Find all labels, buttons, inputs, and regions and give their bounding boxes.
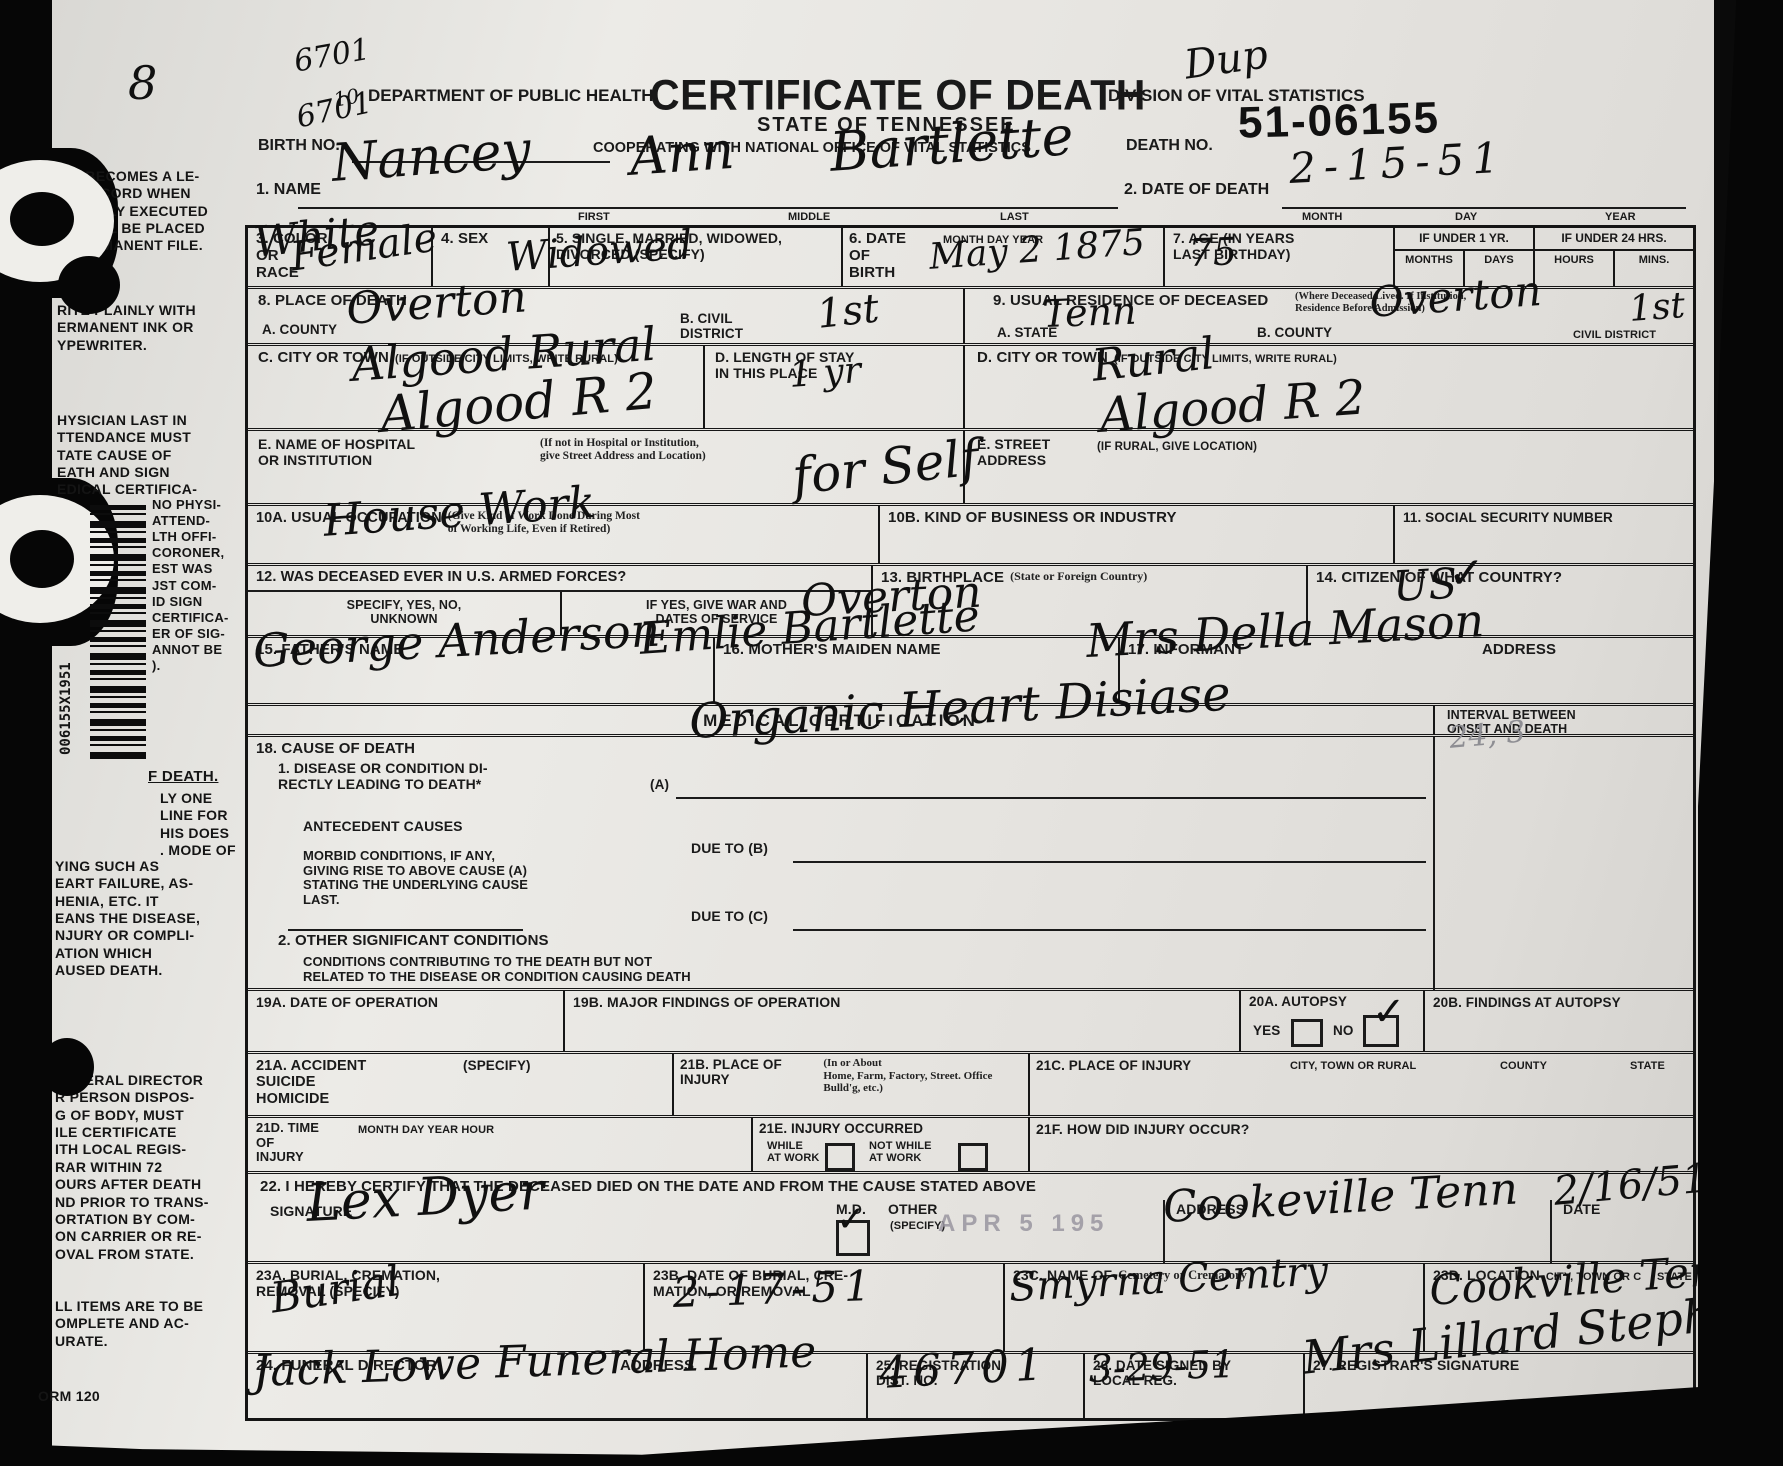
date-divider: [1550, 1200, 1552, 1264]
under-1yr-label: IF UNDER 1 YR.: [1395, 228, 1533, 245]
sex-label: 4. SEX: [441, 231, 488, 248]
name-last-sublabel: LAST: [1000, 211, 1029, 223]
dob-label: 6. DATE OF BIRTH: [849, 231, 906, 282]
row-injury-time: 21D. TIME OF INJURY MONTH DAY YEAR HOUR …: [248, 1115, 1693, 1171]
while-at-work-label: WHILE AT WORK: [767, 1140, 819, 1165]
name-first-sublabel: FIRST: [578, 211, 610, 223]
field-injury-occurred: 21E. INJURY OCCURRED WHILE AT WORK NOT W…: [751, 1118, 1028, 1171]
autopsy-no-label: NO: [1333, 1023, 1353, 1038]
other-conditions-label: 2. OTHER SIGNIFICANT CONDITIONS: [278, 933, 549, 950]
antecedent-label: ANTECEDENT CAUSES: [303, 819, 463, 835]
informant-address-label: ADDRESS: [1482, 642, 1556, 659]
due-to-c-line: [793, 929, 1426, 931]
barcode-icon: [90, 505, 146, 760]
time-of-injury-sublabels: MONTH DAY YEAR HOUR: [358, 1124, 494, 1136]
hole-punch-icon: [40, 1038, 94, 1096]
how-injury-occurred-label: 21F. HOW DID INJURY OCCUR?: [1036, 1122, 1249, 1138]
other-label: OTHER: [888, 1202, 938, 1218]
date-of-operation-label: 19A. DATE OF OPERATION: [256, 995, 438, 1011]
armed-forces-label: 12. WAS DECEASED EVER IN U.S. ARMED FORC…: [256, 569, 626, 585]
field-place-of-injury-c: 21C. PLACE OF INJURY CITY, TOWN OR RURAL…: [1028, 1054, 1693, 1115]
entry-name-first: Nancey: [330, 124, 532, 190]
not-while-at-work-label: NOT WHILE AT WORK: [869, 1140, 932, 1165]
film-sprocket-hole-icon: [10, 530, 74, 588]
date-received-stamp: APR 5 195: [938, 1210, 1109, 1238]
margin-note-physician-2: NO PHYSI- ATTEND- LTH OFFI- CORONER, EST…: [152, 497, 247, 674]
due-to-b-line: [793, 861, 1426, 863]
field-accident-suicide: 21A. ACCIDENT SUICIDE HOMICIDE (SPECIFY): [248, 1054, 672, 1115]
field-ssn: 11. SOCIAL SECURITY NUMBER: [1393, 506, 1693, 563]
date-of-death-label: 2. DATE OF DEATH: [1124, 181, 1269, 199]
entry-md-mark: ✓: [836, 1202, 866, 1238]
interval-column-divider: [1433, 737, 1435, 991]
entry-physician-signature: Lex Dyer: [305, 1166, 545, 1230]
entry-interval: 24, 3: [1448, 717, 1527, 754]
hole-punch-icon: [58, 256, 120, 314]
place-of-injury-c-label: 21C. PLACE OF INJURY: [1036, 1058, 1191, 1073]
street-address-label: E. STREET ADDRESS: [977, 437, 1050, 469]
margin-note-funeral-director: FUNERAL DIRECTOR R PERSON DISPOS- G OF B…: [55, 1072, 250, 1263]
city-town-rural-label: CITY, TOWN OR RURAL: [1290, 1060, 1416, 1072]
entry-date-signed: 3-29-51: [1088, 1345, 1236, 1388]
cause-a-line: [676, 797, 1426, 799]
entry-county-of-death: Overton: [345, 275, 528, 331]
business-label: 10B. KIND OF BUSINESS OR INDUSTRY: [888, 510, 1177, 527]
entry-registration-no: 46701: [878, 1343, 1050, 1396]
name-line: [298, 207, 1118, 209]
margin-note-physician: HYSICIAN LAST IN TTENDANCE MUST TATE CAU…: [57, 412, 247, 499]
autopsy-label: 20A. AUTOPSY: [1249, 994, 1347, 1009]
not-while-at-work-checkbox: [958, 1143, 988, 1171]
autopsy-yes-checkbox: [1291, 1019, 1323, 1047]
major-findings-label: 19B. MAJOR FINDINGS OF OPERATION: [573, 995, 840, 1011]
other-conditions-note: CONDITIONS CONTRIBUTING TO THE DEATH BUT…: [303, 955, 691, 984]
date-of-death-line: [1282, 207, 1686, 209]
entry-residence-district: 1st: [1628, 288, 1686, 328]
field-place-of-injury-b: 21B. PLACE OF INJURY (In or About Home, …: [672, 1054, 1028, 1115]
autopsy-yes-label: YES: [1253, 1023, 1280, 1038]
handwritten-dup-note: Dup: [1182, 34, 1270, 85]
name-middle-sublabel: MIDDLE: [788, 211, 830, 223]
margin-note-death-title: F DEATH.: [148, 768, 218, 787]
residence-district-label: CIVIL DISTRICT: [1573, 329, 1656, 341]
under-24hrs-label: IF UNDER 24 HRS.: [1535, 228, 1693, 245]
dod-day-sublabel: DAY: [1455, 211, 1477, 223]
accident-specify-label: (SPECIFY): [463, 1058, 531, 1073]
hours-label: HOURS: [1535, 251, 1613, 286]
film-sprocket-hole-icon: [10, 192, 74, 246]
entry-length-of-stay: 1 yr: [788, 353, 862, 394]
street-address-note: (IF RURAL, GIVE LOCATION): [1097, 441, 1257, 454]
place-of-injury-b-label: 21B. PLACE OF INJURY: [680, 1057, 817, 1088]
form-number: ORM 120: [38, 1388, 100, 1405]
field-how-injury-occurred: 21F. HOW DID INJURY OCCUR?: [1028, 1118, 1693, 1171]
hospital-note: (If not in Hospital or Institution, give…: [540, 437, 706, 463]
due-to-b-label: DUE TO (B): [691, 841, 768, 857]
time-of-injury-label: 21D. TIME OF INJURY: [256, 1121, 319, 1165]
field-if-under-24hrs: IF UNDER 24 HRS. HOURS MINS.: [1533, 228, 1693, 286]
other-specify-label: (SPECIFY): [890, 1220, 945, 1232]
field-street-address: E. STREET ADDRESS (IF RURAL, GIVE LOCATI…: [963, 431, 1693, 503]
birthplace-note: (State or Foreign Country): [1010, 570, 1147, 584]
entry-civil-district-death: 1st: [815, 289, 881, 335]
row-cause-of-death: 18. CAUSE OF DEATH 1. DISEASE OR CONDITI…: [248, 734, 1693, 988]
scanned-death-certificate: HIS BECOMES A LE- AL RECORD WHEN ROPERLY…: [0, 0, 1783, 1466]
entry-name-middle: Ann: [628, 125, 736, 184]
civil-district-label: B. CIVIL DISTRICT: [680, 311, 743, 342]
margin-note-death: LY ONE LINE FOR HIS DOES . MODE OF: [160, 790, 250, 859]
due-to-c-label: DUE TO (C): [691, 909, 768, 925]
entry-name-last: Bartlette: [828, 109, 1075, 180]
row-accident: 21A. ACCIDENT SUICIDE HOMICIDE (SPECIFY)…: [248, 1051, 1693, 1115]
while-at-work-checkbox: [825, 1143, 855, 1171]
place-of-injury-b-note: (In or About Home, Farm, Factory, Street…: [823, 1057, 1028, 1095]
death-no-label: DEATH NO.: [1126, 137, 1213, 155]
field-date-of-operation: 19A. DATE OF OPERATION: [248, 991, 563, 1051]
handwritten-film-digit: 8: [128, 60, 157, 106]
county-label: A. COUNTY: [262, 322, 337, 337]
entry-burial-date: 2-17-51: [672, 1265, 877, 1314]
entry-autopsy-no-mark: ✓: [1372, 992, 1406, 1032]
field-major-findings: 19B. MAJOR FINDINGS OF OPERATION: [563, 991, 1239, 1051]
state-col-label: STATE: [1630, 1060, 1665, 1072]
entry-residence-state: Tenn: [1042, 292, 1137, 333]
field-business: 10B. KIND OF BUSINESS OR INDUSTRY: [878, 506, 1393, 563]
due-to-c-stub-line: [288, 929, 523, 931]
margin-note-all-items: LL ITEMS ARE TO BE OMPLETE AND AC- URATE…: [55, 1298, 250, 1350]
under-24hrs-columns: HOURS MINS.: [1535, 249, 1693, 286]
row-operation-autopsy: 19A. DATE OF OPERATION 19B. MAJOR FINDIN…: [248, 988, 1693, 1051]
residence-city-label: D. CITY OR TOWN: [977, 350, 1108, 367]
entry-residence-county: Overton: [1368, 270, 1543, 324]
county-col-label: COUNTY: [1500, 1060, 1547, 1072]
ssn-label: 11. SOCIAL SECURITY NUMBER: [1403, 510, 1613, 525]
findings-at-autopsy-label: 20B. FINDINGS AT AUTOPSY: [1433, 995, 1621, 1010]
name-label: 1. NAME: [256, 181, 321, 199]
entry-date-of-death: 2-15-51: [1288, 137, 1508, 190]
residence-county-label: B. COUNTY: [1257, 325, 1332, 340]
field-cause-of-death: 18. CAUSE OF DEATH 1. DISEASE OR CONDITI…: [248, 737, 1693, 988]
accident-label: 21A. ACCIDENT SUICIDE HOMICIDE: [256, 1058, 366, 1107]
injury-occurred-label: 21E. INJURY OCCURRED: [759, 1121, 923, 1136]
mins-label: MINS.: [1613, 251, 1693, 286]
department-title: DEPARTMENT OF PUBLIC HEALTH: [368, 86, 654, 106]
entry-age: 75: [1188, 232, 1238, 272]
dod-year-sublabel: YEAR: [1605, 211, 1636, 223]
dod-month-sublabel: MONTH: [1302, 211, 1342, 223]
field-findings-at-autopsy: 20B. FINDINGS AT AUTOPSY: [1423, 991, 1693, 1051]
birth-no-label: BIRTH NO.: [258, 137, 340, 155]
margin-note-death-2: YING SUCH AS EART FAILURE, AS- HENIA, ET…: [55, 858, 250, 980]
disease-label: 1. DISEASE OR CONDITION DI- RECTLY LEADI…: [278, 761, 488, 793]
morbid-label: MORBID CONDITIONS, IF ANY, GIVING RISE T…: [303, 849, 528, 908]
cause-label: 18. CAUSE OF DEATH: [256, 741, 415, 758]
cause-a-tag: (A): [650, 777, 669, 792]
